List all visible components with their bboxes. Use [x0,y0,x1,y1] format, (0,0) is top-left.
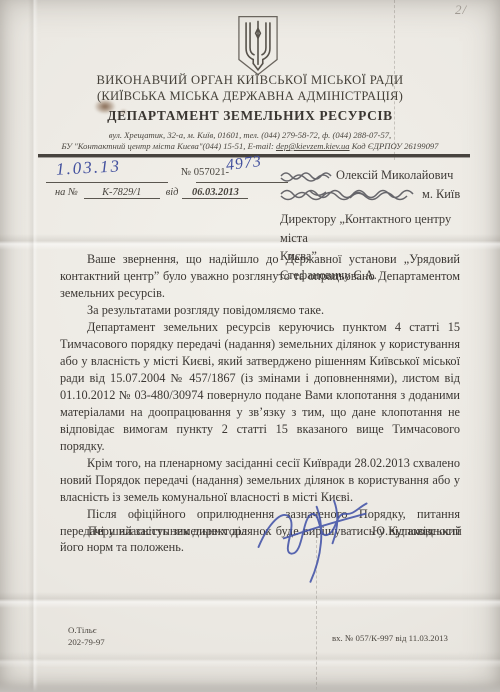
recipient-name: Олексій Миколайович [336,168,453,182]
paragraph-2: За результатами розгляду повідомляємо та… [60,302,460,319]
org-name-line1: ВИКОНАВЧИЙ ОРГАН КИЇВСЬКОЇ МІСЬКОЇ РАДИ [0,73,500,88]
scan-edge-shadow [0,683,500,692]
handwritten-corner-mark: 2/ [455,2,467,18]
reply-from-label: від [166,187,179,198]
scanned-letter-page: 2/ ВИКОНАВЧИЙ ОРГАН КИЇВСЬКОЇ МІСЬКОЇ РА… [0,0,500,692]
recipient-title-line1: Директору „Контактного центру міста [280,210,476,247]
paper-fold-crease [0,592,500,608]
reply-ref-date: 06.03.2013 [182,187,248,199]
ukraine-trident-emblem-icon [234,15,282,77]
paper-fold-crease [0,652,500,668]
address-line2-prefix: БУ "Контактний центр міста Києва"(044) 1… [62,141,276,151]
executor-name: О.Тільє [68,625,105,637]
executor-block: О.Тільє 202-79-97 [68,625,105,649]
redaction-scribble-icon [280,188,418,201]
signer-name: Ю.Кулаковський [372,524,462,539]
recipient-name-row: Олексій Миколайович [280,166,476,185]
address-line1: вул. Хрещатик, 32-а, м. Київ, 01601, тел… [0,130,500,140]
address-line2-suffix: Код ЄДРПОУ 26199097 [350,141,439,151]
email-address: dep@kievzem.kiev.ua [276,141,350,151]
date-underline [46,182,168,183]
department-title: ДЕПАРТАМЕНТ ЗЕМЕЛЬНИХ РЕСУРСІВ [0,108,500,124]
recipient-city: м. Київ [422,187,460,201]
handwritten-outgoing-date: 1.03.13 [56,156,122,179]
address-line2: БУ "Контактний центр міста Києва"(044) 1… [0,141,500,151]
recipient-address-row: м. Київ [280,185,476,204]
number-underline [196,182,288,183]
signer-title: Перший заступник директора [88,524,247,539]
reply-reference-row: на №К-7829/1від06.03.2013 [55,187,248,199]
incoming-stamp: вх. № 057/К-997 від 11.03.2013 [332,633,448,643]
handwritten-outgoing-number: 4973 [225,153,263,175]
outgoing-number-printed: № 057021- [181,167,229,178]
org-name-line2: (КИЇВСЬКА МІСЬКА ДЕРЖАВНА АДМІНІСТРАЦІЯ) [0,89,500,104]
paragraph-1: Ваше звернення, що надійшло до Державної… [60,251,460,302]
reply-ref-number: К-7829/1 [84,187,160,199]
reply-ref-label: на № [55,187,78,198]
paragraph-3: Департамент земельних ресурсів керуючись… [60,319,460,455]
handwritten-signature-icon [250,489,382,589]
executor-phone: 202-79-97 [68,637,105,649]
redaction-scribble-icon [280,170,332,183]
